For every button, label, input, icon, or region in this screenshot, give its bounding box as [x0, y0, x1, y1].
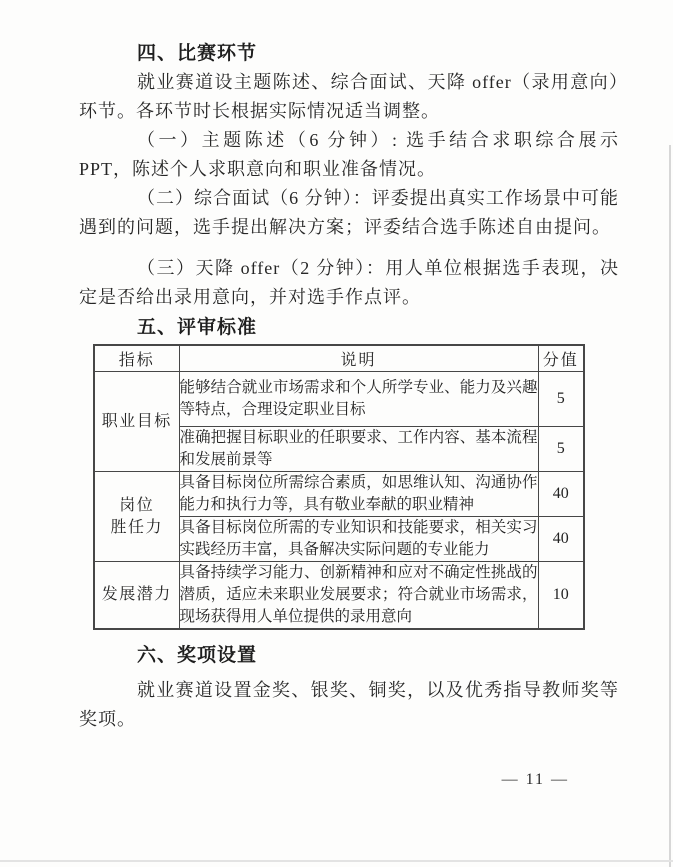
description-cell: 准确把握目标职业的任职要求、工作内容、基本流程和发展前景等	[179, 427, 538, 472]
description-cell: 具备目标岗位所需综合素质，如思维认知、沟通协作能力和执行力等，具有敬业奉献的职业…	[179, 472, 538, 517]
page-number: — 11 —	[502, 771, 569, 789]
heading-competition-stages: 四、比赛环节	[137, 38, 619, 68]
table-header-row: 指标 说明 分值	[94, 345, 584, 372]
table-row: 职业目标 能够结合就业市场需求和个人所学专业、能力及兴趣等特点，合理设定职业目标…	[94, 372, 584, 427]
header-cell-score: 分值	[538, 345, 584, 372]
score-cell: 5	[538, 372, 584, 427]
scanned-document-page: 四、比赛环节 就业赛道设主题陈述、综合面试、天降 offer（录用意向）环节。各…	[0, 0, 673, 867]
description-cell: 能够结合就业市场需求和个人所学专业、能力及兴趣等特点，合理设定职业目标	[179, 372, 538, 427]
paragraph-stage-comprehensive-interview: （二）综合面试（6 分钟）：评委提出真实工作场景中可能遇到的问题，选手提出解决方…	[79, 184, 619, 242]
paragraph-track-intro: 就业赛道设主题陈述、综合面试、天降 offer（录用意向）环节。各环节时长根据实…	[79, 68, 619, 126]
table-row: 岗位 胜任力 具备目标岗位所需综合素质，如思维认知、沟通协作能力和执行力等，具有…	[94, 472, 584, 517]
heading-awards-setup: 六、奖项设置	[137, 640, 619, 670]
paragraph-stage-offer: （三）天降 offer（2 分钟）：用人单位根据选手表现，决定是否给出录用意向，…	[79, 254, 619, 312]
scan-edge-right	[669, 145, 671, 867]
document-content: 四、比赛环节 就业赛道设主题陈述、综合面试、天降 offer（录用意向）环节。各…	[79, 38, 619, 734]
score-cell: 40	[538, 517, 584, 562]
header-cell-indicator: 指标	[94, 345, 179, 372]
paragraph-stage-theme-presentation: （一）主题陈述（6 分钟）: 选手结合求职综合展示 PPT，陈述个人求职意向和职…	[79, 126, 619, 184]
scan-edge-bottom	[0, 860, 673, 862]
heading-review-criteria: 五、评审标准	[137, 312, 619, 342]
score-cell: 5	[538, 427, 584, 472]
score-cell: 40	[538, 472, 584, 517]
paragraph-awards: 就业赛道设置金奖、银奖、铜奖，以及优秀指导教师奖等奖项。	[79, 676, 619, 734]
criteria-table: 指标 说明 分值 职业目标 能够结合就业市场需求和个人所学专业、能力及兴趣等特点…	[93, 344, 585, 630]
indicator-cell-development-potential: 发展潜力	[94, 562, 179, 630]
indicator-cell-job-competency: 岗位 胜任力	[94, 472, 179, 562]
table-row: 发展潜力 具备持续学习能力、创新精神和应对不确定性挑战的潜质，适应未来职业发展要…	[94, 562, 584, 630]
description-cell: 具备持续学习能力、创新精神和应对不确定性挑战的潜质，适应未来职业发展要求；符合就…	[179, 562, 538, 630]
description-cell: 具备目标岗位所需的专业知识和技能要求，相关实习实践经历丰富，具备解决实际问题的专…	[179, 517, 538, 562]
score-cell: 10	[538, 562, 584, 630]
indicator-cell-career-goal: 职业目标	[94, 372, 179, 472]
header-cell-description: 说明	[179, 345, 538, 372]
